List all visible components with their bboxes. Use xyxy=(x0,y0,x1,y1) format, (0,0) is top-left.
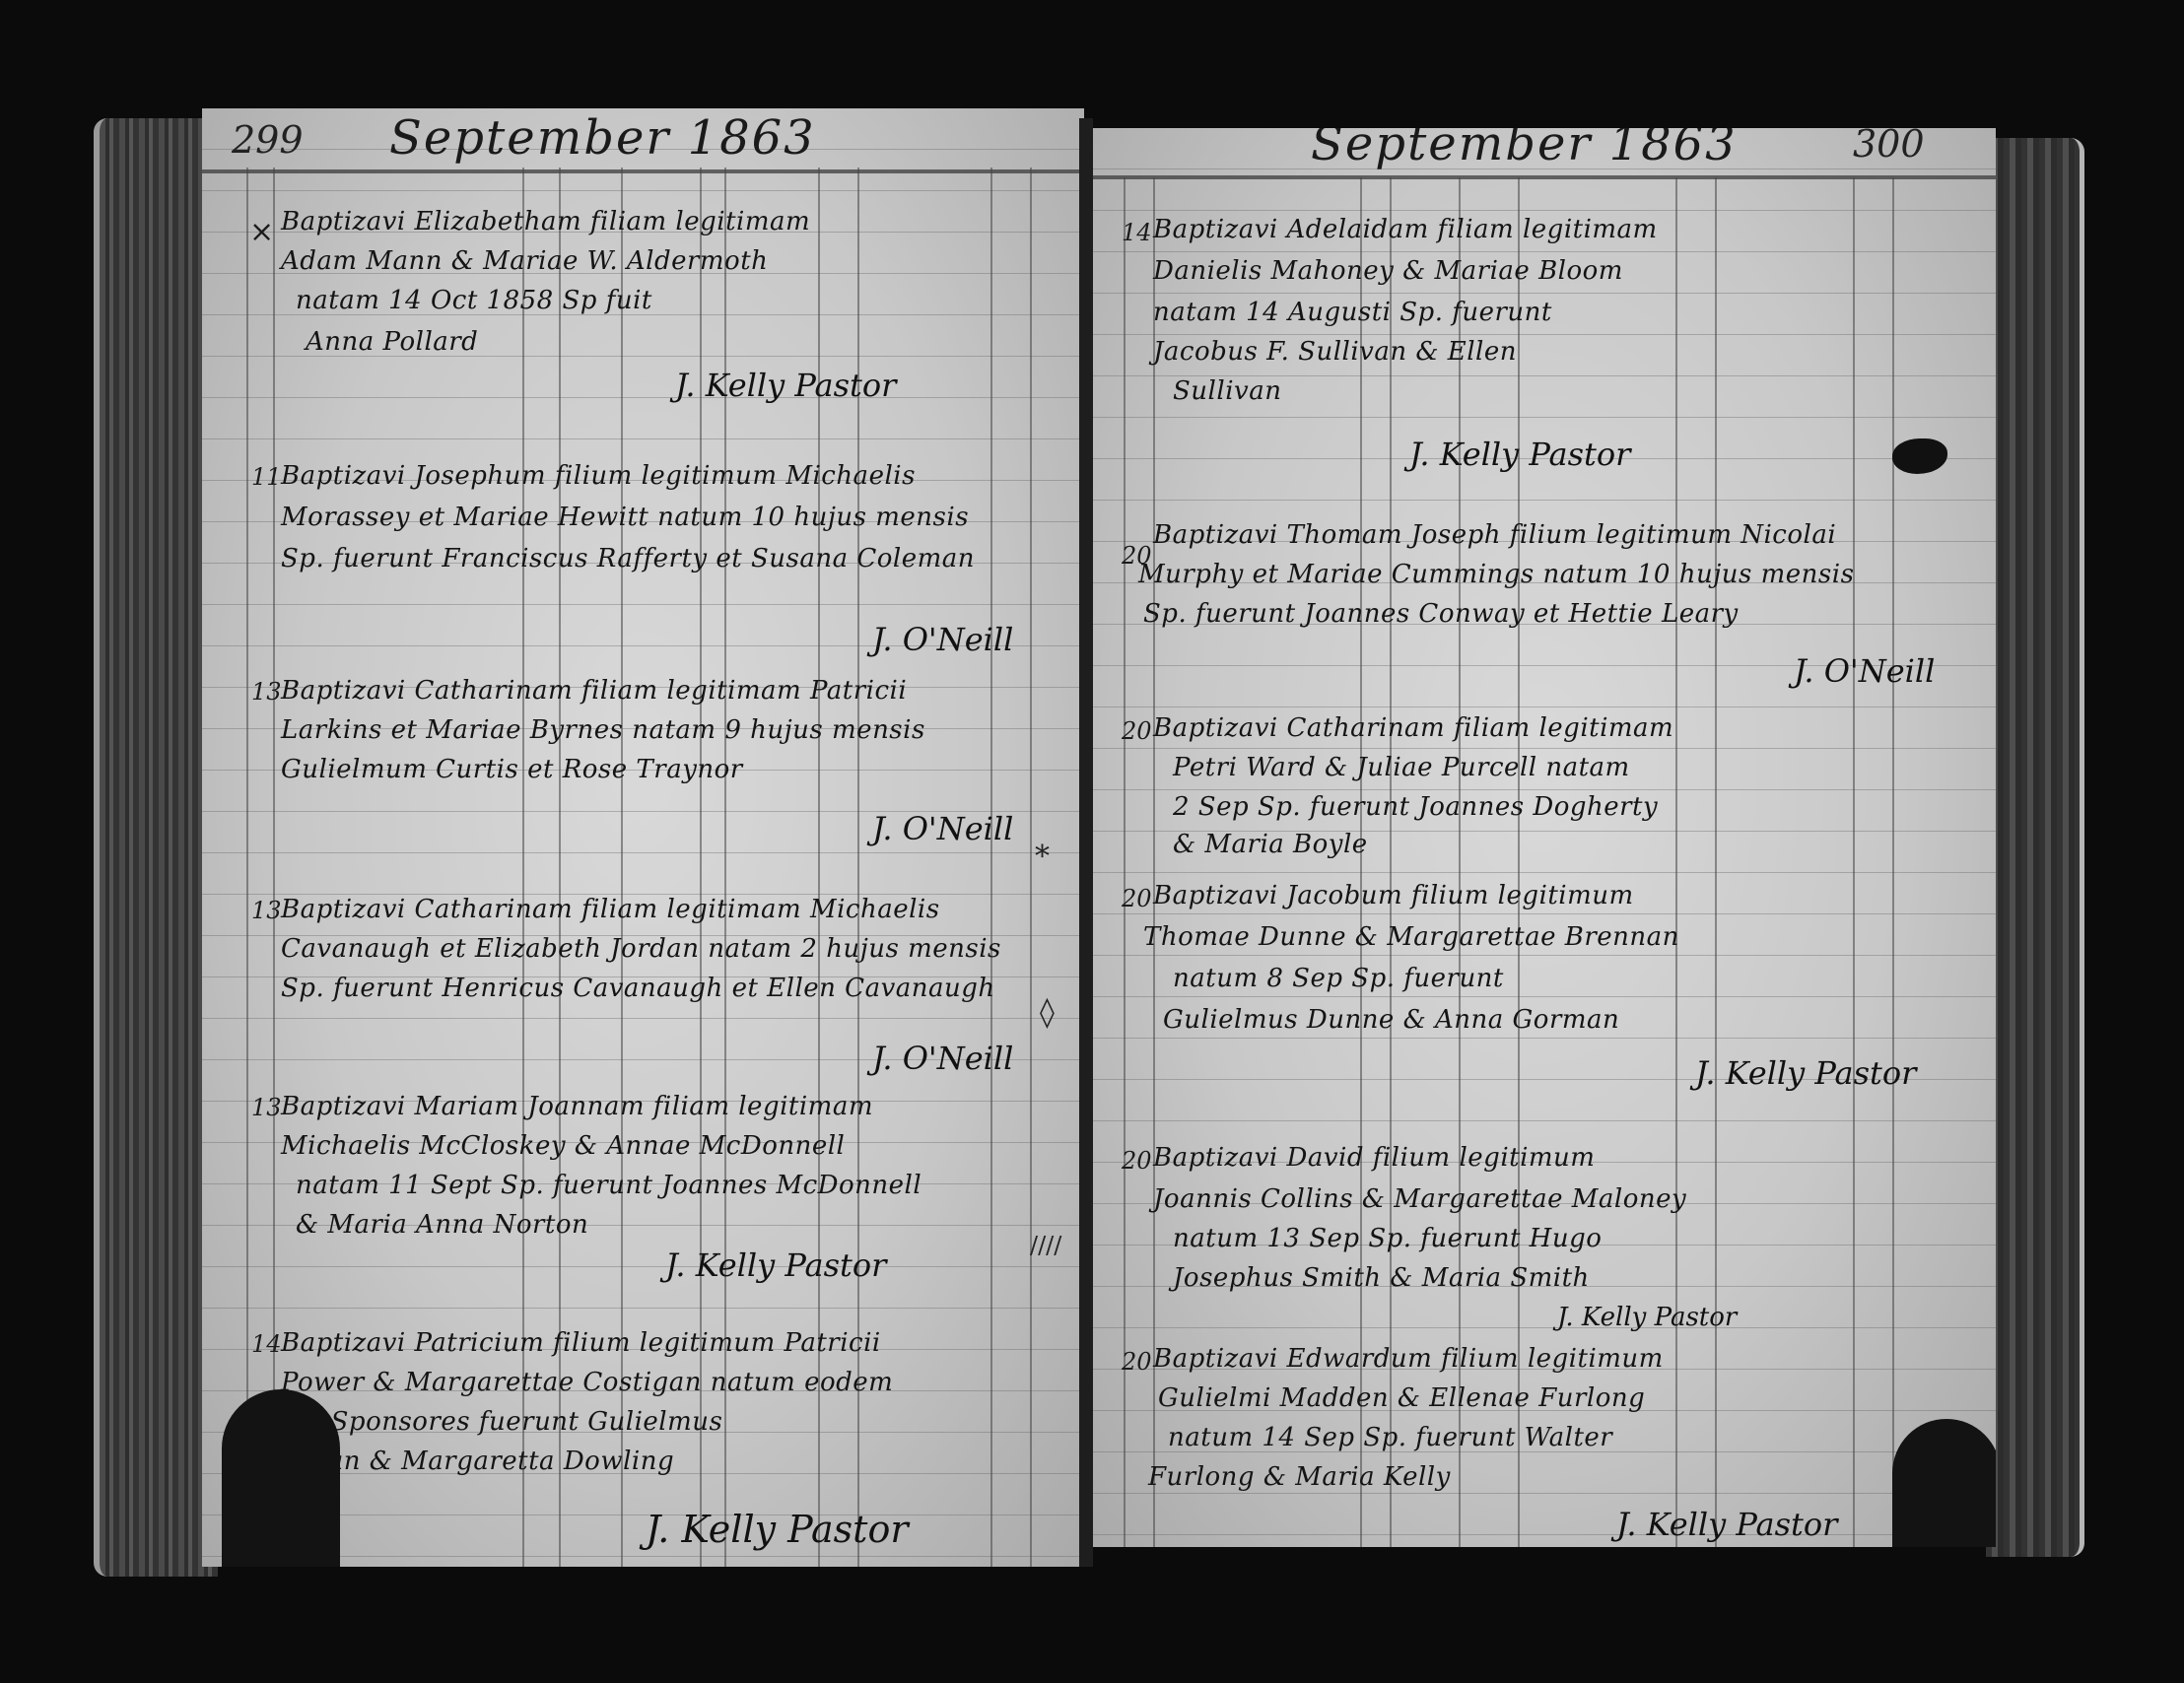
entry-line: Furlong & Maria Kelly xyxy=(1148,1462,1451,1492)
column-rule xyxy=(1518,177,1520,1547)
pastor-signature: J. Kelly Pastor xyxy=(665,1246,886,1284)
column-rule xyxy=(1390,177,1392,1547)
column-rule xyxy=(1459,177,1461,1547)
asterisk-mark: * xyxy=(1035,840,1050,874)
entry-line: Baptizavi Catharinam filiam legitimam Mi… xyxy=(281,895,940,924)
entry-line: Joannis Collins & Margarettae Maloney xyxy=(1153,1184,1686,1214)
entry-line: Jacobus F. Sullivan & Ellen xyxy=(1153,337,1517,367)
pastor-signature: J. Kelly Pastor xyxy=(646,1508,908,1551)
entry-line: Power & Margarettae Costigan natum eodem xyxy=(281,1368,893,1397)
thumb-holding-page xyxy=(222,1389,340,1567)
book-page-edges-left xyxy=(94,118,218,1577)
pastor-signature: J. Kelly Pastor xyxy=(1557,1303,1737,1332)
entry-line: natam 14 Augusti Sp. fuerunt xyxy=(1153,298,1552,327)
entry-line: Baptizavi Adelaidam filiam legitimam xyxy=(1153,215,1658,244)
column-rule xyxy=(1892,177,1894,1547)
entry-line: Anna Pollard xyxy=(306,327,478,357)
entry-line: Josephus Smith & Maria Smith xyxy=(1173,1263,1590,1293)
column-rule xyxy=(1030,168,1032,1567)
diamond-mark: ◊ xyxy=(1040,995,1055,1030)
book-gutter xyxy=(1079,118,1093,1567)
entry-line: Michaelis McCloskey & Annae McDonnell xyxy=(281,1131,845,1161)
column-rule xyxy=(990,168,992,1567)
entry-line: Sullivan xyxy=(1173,376,1281,406)
column-rule xyxy=(1715,177,1717,1547)
entry-day: 20 xyxy=(1122,717,1152,745)
entry-line: Petri Ward & Juliae Purcell natam xyxy=(1173,753,1630,782)
entry-day: 13 xyxy=(251,897,282,924)
entry-line: Adam Mann & Mariae W. Aldermoth xyxy=(281,246,768,276)
entry-mark: × xyxy=(249,215,274,249)
priest-signature: J. O'Neill xyxy=(872,810,1013,847)
pastor-signature: J. Kelly Pastor xyxy=(675,367,896,404)
priest-signature: J. O'Neill xyxy=(1794,652,1935,690)
column-rule xyxy=(1124,177,1126,1547)
column-rule xyxy=(1853,177,1855,1547)
entry-line: Baptizavi Jacobum filium legitimum xyxy=(1153,881,1634,910)
book-page-edges-right xyxy=(1986,138,2084,1557)
entry-line: natam 14 Oct 1858 Sp fuit xyxy=(296,286,652,315)
entry-line: Danielis Mahoney & Mariae Bloom xyxy=(1153,256,1623,286)
entry-line: Baptizavi Josephum filium legitimum Mich… xyxy=(281,461,916,491)
entry-line: Baptizavi Elizabetham filiam legitimam xyxy=(281,207,810,236)
entry-line: Gulielmi Madden & Ellenae Furlong xyxy=(1158,1383,1645,1413)
page-number: 299 xyxy=(232,118,304,162)
entry-line: Thomae Dunne & Margarettae Brennan xyxy=(1143,922,1679,952)
thumb-holding-page xyxy=(1892,1419,1996,1547)
entry-line: Sp. fuerunt Joannes Conway et Hettie Lea… xyxy=(1143,599,1739,629)
entry-line: Baptizavi Thomam Joseph filium legitimum… xyxy=(1153,520,1836,550)
page-number: 300 xyxy=(1853,128,1925,166)
header-rule xyxy=(202,169,1084,173)
entry-line: Gulielmus Dunne & Anna Gorman xyxy=(1163,1005,1619,1035)
entry-line: Sp. fuerunt Henricus Cavanaugh et Ellen … xyxy=(281,974,995,1003)
column-rule xyxy=(1675,177,1677,1547)
entry-line: & Maria Anna Norton xyxy=(296,1210,588,1240)
entry-line: die Sponsores fuerunt Gulielmus xyxy=(281,1407,722,1437)
entry-line: Cavanaugh et Elizabeth Jordan natam 2 hu… xyxy=(281,934,1001,964)
right-page: September 1863 300 14 Baptizavi Adelaida… xyxy=(1084,128,1996,1547)
entry-line: Baptizavi Patricium filium legitimum Pat… xyxy=(281,1328,881,1358)
entry-line: 2 Sep Sp. fuerunt Joannes Dogherty xyxy=(1173,792,1658,822)
column-rule xyxy=(1360,177,1362,1547)
entry-line: Baptizavi Edwardum filium legitimum xyxy=(1153,1344,1664,1374)
entry-day: 13 xyxy=(251,1094,282,1121)
priest-signature: J. O'Neill xyxy=(872,1040,1013,1077)
entry-line: natum 8 Sep Sp. fuerunt xyxy=(1173,964,1504,993)
page-heading: September 1863 xyxy=(1311,128,1738,171)
entry-line: & Maria Boyle xyxy=(1173,830,1368,859)
entry-day: 14 xyxy=(251,1330,282,1358)
entry-line: natum 13 Sep Sp. fuerunt Hugo xyxy=(1173,1224,1602,1253)
entry-line: Larkins et Mariae Byrnes natam 9 hujus m… xyxy=(281,715,925,745)
column-rule xyxy=(246,168,248,1567)
column-rule xyxy=(1153,177,1155,1547)
header-rule xyxy=(1084,175,1996,179)
entry-line: natum 14 Sep Sp. fuerunt Walter xyxy=(1168,1423,1612,1452)
left-page: 299 September 1863 × Baptizavi Elizabeth… xyxy=(202,108,1084,1567)
entry-day: 20 xyxy=(1122,1348,1152,1376)
entry-day: 20 xyxy=(1122,885,1152,912)
entry-day: 14 xyxy=(1122,219,1152,246)
entry-line: Baptizavi Catharinam filiam legitimam xyxy=(1153,713,1673,743)
entry-day: 20 xyxy=(1122,1147,1152,1175)
pastor-signature: J. Kelly Pastor xyxy=(1616,1506,1837,1543)
priest-signature: J. O'Neill xyxy=(872,621,1013,658)
entry-line: Sp. fuerunt Franciscus Rafferty et Susan… xyxy=(281,544,975,573)
entry-line: Gulielmum Curtis et Rose Traynor xyxy=(281,755,743,784)
entry-line: Baptizavi Catharinam filiam legitimam Pa… xyxy=(281,676,907,706)
entry-day: 11 xyxy=(251,463,282,491)
pastor-signature: J. Kelly Pastor xyxy=(1695,1054,1916,1092)
entry-line: Morassey et Mariae Hewitt natum 10 hujus… xyxy=(281,503,969,532)
entry-line: Baptizavi Mariam Joannam filiam legitima… xyxy=(281,1092,873,1121)
pastor-signature: J. Kelly Pastor xyxy=(1409,436,1630,473)
entry-line: Baptizavi David filium legitimum xyxy=(1153,1143,1595,1173)
entry-line: natam 11 Sept Sp. fuerunt Joannes McDonn… xyxy=(296,1171,921,1200)
register-book: 299 September 1863 × Baptizavi Elizabeth… xyxy=(94,99,2084,1596)
page-heading: September 1863 xyxy=(389,110,816,166)
entry-day: 13 xyxy=(251,678,282,706)
entry-line: Murphy et Mariae Cummings natum 10 hujus… xyxy=(1138,560,1854,589)
tally-mark: //// xyxy=(1030,1232,1061,1259)
